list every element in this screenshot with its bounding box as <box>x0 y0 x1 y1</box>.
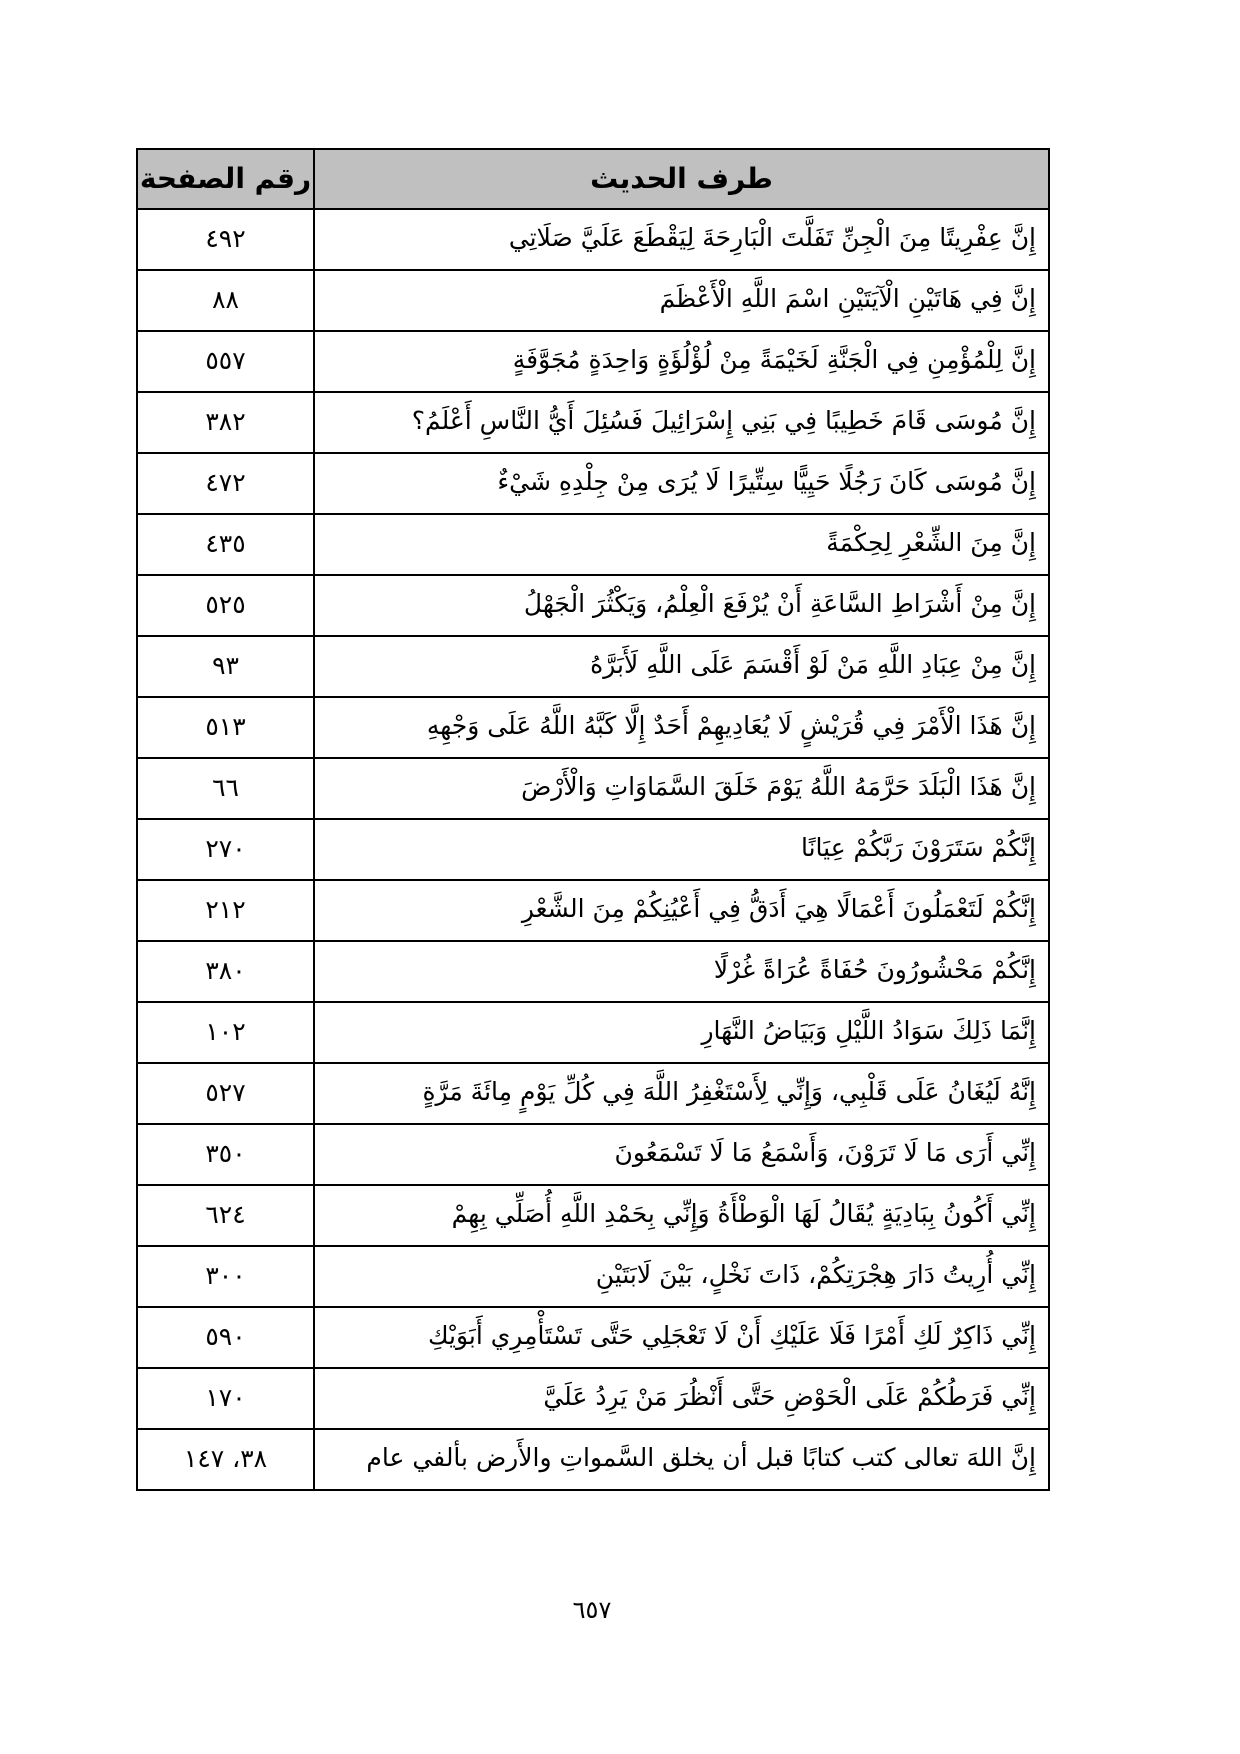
page-number-cell: ٣٨٠ <box>137 941 314 1002</box>
table-row: إِنَّ مِنَ الشِّعْرِ لِحِكْمَةً ٤٣٥ <box>137 514 1049 575</box>
table-row: إِنَّكُمْ مَحْشُورُونَ حُفَاةً عُرَاةً غ… <box>137 941 1049 1002</box>
table-row: إِنَّ مِنْ عِبَادِ اللَّهِ مَنْ لَوْ أَق… <box>137 636 1049 697</box>
table-row: إِنَّ عِفْرِيتًا مِنَ الْجِنِّ تَفَلَّتَ… <box>137 209 1049 270</box>
table-row: إِنَّ فِي هَاتَيْنِ الْآيَتَيْنِ اسْمَ ا… <box>137 270 1049 331</box>
hadith-index-table: طرف الحديث رقم الصفحة إِنَّ عِفْرِيتًا م… <box>136 148 1050 1491</box>
table-row: إِنِّي أُرِيتُ دَارَ هِجْرَتِكُمْ، ذَاتَ… <box>137 1246 1049 1307</box>
page-number-cell: ٥٢٥ <box>137 575 314 636</box>
table-row: إِنَّهُ لَيُغَانُ عَلَى قَلْبِي، وَإِنِّ… <box>137 1063 1049 1124</box>
table-row: إِنِّي أَرَى مَا لَا تَرَوْنَ، وَأَسْمَع… <box>137 1124 1049 1185</box>
hadith-text-cell: إِنَّ فِي هَاتَيْنِ الْآيَتَيْنِ اسْمَ ا… <box>314 270 1049 331</box>
hadith-text-cell: إِنَّ عِفْرِيتًا مِنَ الْجِنِّ تَفَلَّتَ… <box>314 209 1049 270</box>
hadith-text-cell: إِنَّ لِلْمُؤْمِنِ فِي الْجَنَّةِ لَخَيْ… <box>314 331 1049 392</box>
table-row: إِنَّ لِلْمُؤْمِنِ فِي الْجَنَّةِ لَخَيْ… <box>137 331 1049 392</box>
table-row: إِنَّ هَذَا الْبَلَدَ حَرَّمَهُ اللَّهُ … <box>137 758 1049 819</box>
page-number-cell: ٣٠٠ <box>137 1246 314 1307</box>
hadith-text-cell: إِنِّي فَرَطُكُمْ عَلَى الْحَوْضِ حَتَّى… <box>314 1368 1049 1429</box>
table-row: إِنَّكُمْ لَتَعْمَلُونَ أَعْمَالًا هِيَ … <box>137 880 1049 941</box>
page-number-cell: ٣٥٠ <box>137 1124 314 1185</box>
page-number-column-header: رقم الصفحة <box>137 149 314 209</box>
page-number-cell: ٤٣٥ <box>137 514 314 575</box>
page-number-cell: ٥٥٧ <box>137 331 314 392</box>
hadith-text-cell: إِنَّ مِنْ عِبَادِ اللَّهِ مَنْ لَوْ أَق… <box>314 636 1049 697</box>
page-number-cell: ٥٢٧ <box>137 1063 314 1124</box>
table-row: إِنَّ اللهَ تعالى كتب كتابًا قبل أن يخلق… <box>137 1429 1049 1490</box>
hadith-text-cell: إِنَّ مِنَ الشِّعْرِ لِحِكْمَةً <box>314 514 1049 575</box>
page-number-cell: ١٧٠ <box>137 1368 314 1429</box>
table-row: إِنِّي فَرَطُكُمْ عَلَى الْحَوْضِ حَتَّى… <box>137 1368 1049 1429</box>
hadith-text-cell: إِنِّي أَكُونُ بِبَادِيَةٍ يُقَالُ لَهَا… <box>314 1185 1049 1246</box>
table-row: إِنِّي أَكُونُ بِبَادِيَةٍ يُقَالُ لَهَا… <box>137 1185 1049 1246</box>
hadith-text-cell: إِنَّكُمْ سَتَرَوْنَ رَبَّكُمْ عِيَانًا <box>314 819 1049 880</box>
table-header-row: طرف الحديث رقم الصفحة <box>137 149 1049 209</box>
hadith-text-cell: إِنِّي ذَاكِرٌ لَكِ أَمْرًا فَلَا عَلَيْ… <box>314 1307 1049 1368</box>
hadith-text-cell: إِنَّمَا ذَلِكَ سَوَادُ اللَّيْلِ وَبَيَ… <box>314 1002 1049 1063</box>
table-row: إِنَّ هَذَا الْأَمْرَ فِي قُرَيْشٍ لَا ي… <box>137 697 1049 758</box>
hadith-text-cell: إِنِّي أَرَى مَا لَا تَرَوْنَ، وَأَسْمَع… <box>314 1124 1049 1185</box>
table-body: إِنَّ عِفْرِيتًا مِنَ الْجِنِّ تَفَلَّتَ… <box>137 209 1049 1490</box>
table-row: إِنَّ مُوسَى كَانَ رَجُلًا حَيِيًّا سِتِ… <box>137 453 1049 514</box>
page-number-cell: ٨٨ <box>137 270 314 331</box>
page-number-cell: ٦٢٤ <box>137 1185 314 1246</box>
page-number-cell: ٣٨، ١٤٧ <box>137 1429 314 1490</box>
page-number-cell: ٦٦ <box>137 758 314 819</box>
page-number-cell: ٣٨٢ <box>137 392 314 453</box>
page-number-cell: ٢١٢ <box>137 880 314 941</box>
page-footer-number: ٦٥٧ <box>136 1596 1048 1624</box>
hadith-text-cell: إِنَّ مِنْ أَشْرَاطِ السَّاعَةِ أَنْ يُر… <box>314 575 1049 636</box>
page-number-cell: ٤٧٢ <box>137 453 314 514</box>
hadith-text-cell: إِنَّكُمْ مَحْشُورُونَ حُفَاةً عُرَاةً غ… <box>314 941 1049 1002</box>
page-number-cell: ٥١٣ <box>137 697 314 758</box>
hadith-text-cell: إِنَّ هَذَا الْأَمْرَ فِي قُرَيْشٍ لَا ي… <box>314 697 1049 758</box>
hadith-text-cell: إِنَّ اللهَ تعالى كتب كتابًا قبل أن يخلق… <box>314 1429 1049 1490</box>
table-row: إِنَّ مُوسَى قَامَ خَطِيبًا فِي بَنِي إِ… <box>137 392 1049 453</box>
table-row: إِنَّكُمْ سَتَرَوْنَ رَبَّكُمْ عِيَانًا … <box>137 819 1049 880</box>
hadith-column-header: طرف الحديث <box>314 149 1049 209</box>
hadith-text-cell: إِنَّ مُوسَى قَامَ خَطِيبًا فِي بَنِي إِ… <box>314 392 1049 453</box>
page-number-cell: ٥٩٠ <box>137 1307 314 1368</box>
table-row: إِنِّي ذَاكِرٌ لَكِ أَمْرًا فَلَا عَلَيْ… <box>137 1307 1049 1368</box>
table-row: إِنَّمَا ذَلِكَ سَوَادُ اللَّيْلِ وَبَيَ… <box>137 1002 1049 1063</box>
hadith-text-cell: إِنَّ هَذَا الْبَلَدَ حَرَّمَهُ اللَّهُ … <box>314 758 1049 819</box>
table-row: إِنَّ مِنْ أَشْرَاطِ السَّاعَةِ أَنْ يُر… <box>137 575 1049 636</box>
page-number-cell: ٤٩٢ <box>137 209 314 270</box>
page-number-cell: ٢٧٠ <box>137 819 314 880</box>
hadith-text-cell: إِنَّهُ لَيُغَانُ عَلَى قَلْبِي، وَإِنِّ… <box>314 1063 1049 1124</box>
hadith-text-cell: إِنِّي أُرِيتُ دَارَ هِجْرَتِكُمْ، ذَاتَ… <box>314 1246 1049 1307</box>
page-number-cell: ٩٣ <box>137 636 314 697</box>
hadith-text-cell: إِنَّكُمْ لَتَعْمَلُونَ أَعْمَالًا هِيَ … <box>314 880 1049 941</box>
page-number-cell: ١٠٢ <box>137 1002 314 1063</box>
hadith-text-cell: إِنَّ مُوسَى كَانَ رَجُلًا حَيِيًّا سِتِ… <box>314 453 1049 514</box>
